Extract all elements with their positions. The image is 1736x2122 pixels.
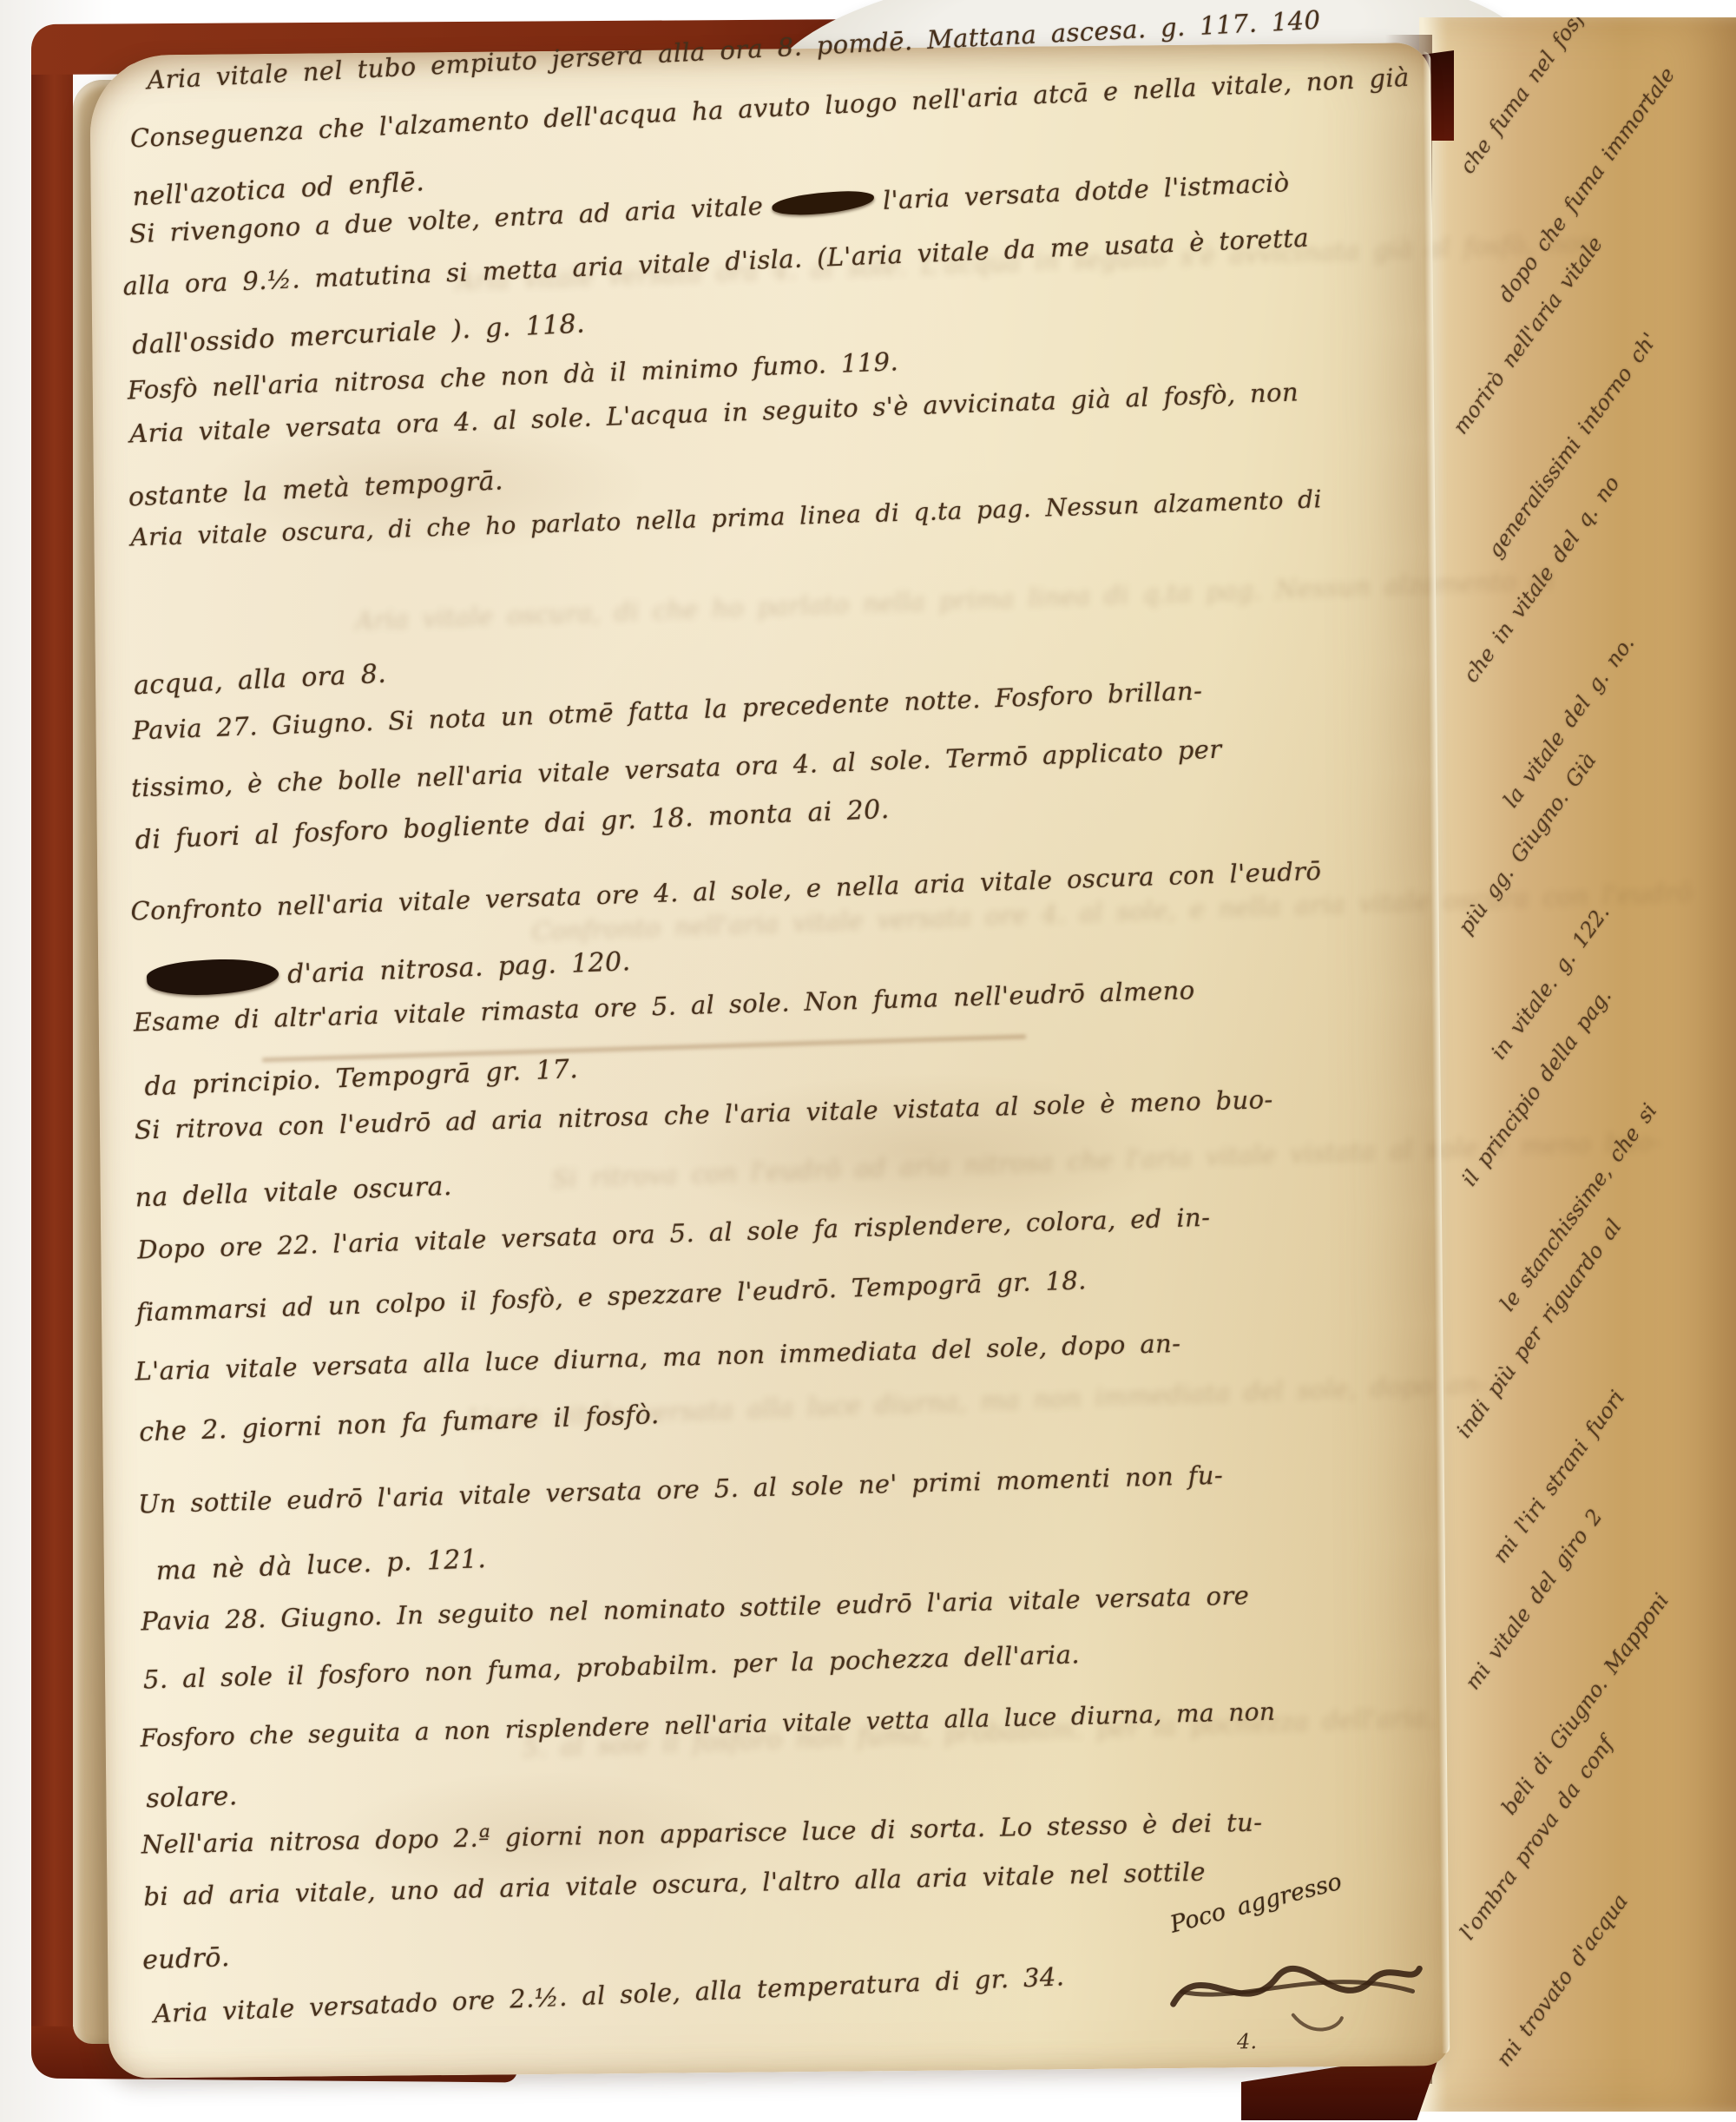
manuscript-line: eudrō. <box>142 1945 231 1974</box>
manuscript-line: dall'ossido mercuriale ). g. 118. <box>132 311 586 359</box>
page-mark: 4. <box>1237 2031 1257 2052</box>
manuscript-line: Dopo ore 22. l'aria vitale versata ora 5… <box>137 1205 1211 1263</box>
ink-blot <box>146 955 279 999</box>
facing-page-text-fragment: in vitale. g. 122. <box>1488 901 1613 1063</box>
manuscript-line: Nell'aria nitrosa dopo 2.ª giorni non ap… <box>141 1810 1263 1858</box>
manuscript-line: che 2. giorni non fa fumare il fosfò. <box>139 1402 660 1446</box>
manuscript-line-text: l'aria versata dotde l'istmaciò <box>882 168 1290 215</box>
manuscript-line: solare. <box>146 1783 238 1812</box>
manuscript-line: Aria vitale versatado ore 2.½. al sole, … <box>153 1964 1065 2026</box>
manuscript-line: acqua, alla ora 8. <box>133 662 386 700</box>
facing-page-text-fragment: mi l'iri strani fuori <box>1489 1387 1627 1566</box>
manuscript-line: d'aria nitrosa. pag. 120. <box>137 944 631 1000</box>
manuscript-line: nell'azotica od enflē. <box>132 169 425 210</box>
facing-page-text-fragment: che fuma nel fosfo <box>1457 17 1595 177</box>
manuscript-line: di fuori al fosforo bogliente dai gr. 18… <box>135 797 890 854</box>
manuscript-line: Un sottile eudrō l'aria vitale versata o… <box>138 1463 1224 1518</box>
manuscript-line: L'aria vitale versata alla luce diurna, … <box>135 1331 1180 1385</box>
manuscript-line-text: d'aria nitrosa. pag. 120. <box>286 946 631 990</box>
facing-page-text-fragment: mi vitale del giro 2 <box>1462 1506 1606 1693</box>
manuscript-line: Pavia 28. Giugno. In seguito nel nominat… <box>141 1583 1249 1634</box>
manuscript-line: 5. al sole il fosforo non fuma, probabil… <box>143 1642 1081 1692</box>
manuscript-line: ma nè dà luce. p. 121. <box>155 1546 486 1585</box>
manuscript-photo: che fuma nel fosfo dopo che fuma immorta… <box>0 0 1736 2122</box>
book-cover-left-edge <box>31 26 73 2072</box>
bleed-through-text: Aria vitale oscura, di che ho parlato ne… <box>355 568 1555 634</box>
manuscript-page: Aria vitale versata ora 4. al sole. L'ac… <box>89 43 1450 2079</box>
facing-page-text-fragment: mi trovato d'acqua <box>1493 1890 1631 2070</box>
manuscript-line: ostante la metà tempogrā. <box>128 468 503 511</box>
signature-flourish <box>1162 1934 1432 2049</box>
manuscript-line: da principio. Tempogrā gr. 17. <box>144 1057 579 1100</box>
manuscript-line: bi ad aria vitale, uno ad aria vitale os… <box>143 1860 1206 1910</box>
manuscript-line: fiammarsi ad un colpo il fosfò, e spezza… <box>135 1268 1087 1325</box>
manuscript-line: tissimo, è che bolle nell'aria vitale ve… <box>131 737 1222 801</box>
ink-blot <box>771 188 875 217</box>
facing-page-strip: che fuma nel fosfo dopo che fuma immorta… <box>1419 17 1736 2112</box>
faded-ink-stroke <box>262 1034 1026 1062</box>
manuscript-line: na della vitale oscura. <box>135 1174 452 1212</box>
